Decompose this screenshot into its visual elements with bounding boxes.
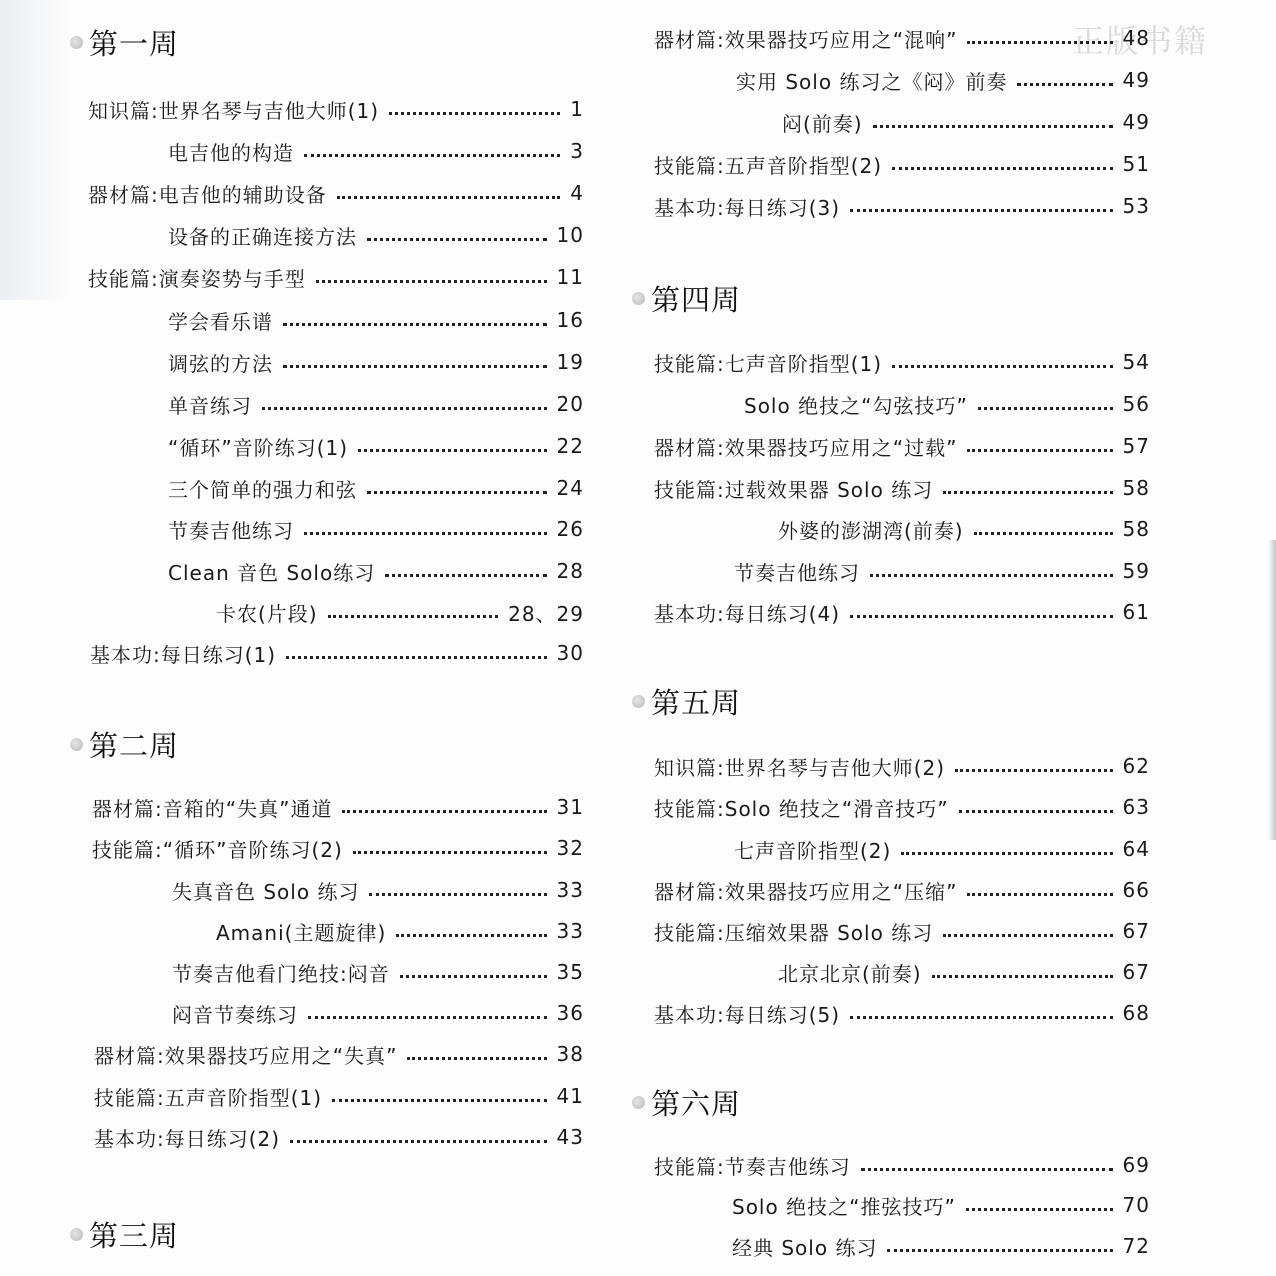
entry-page-number: 31	[557, 795, 584, 819]
entry-page-number: 33	[557, 878, 584, 902]
dot-leader	[967, 41, 1112, 44]
entry-title: 闷音节奏练习	[172, 999, 298, 1028]
entry-title: 学会看乐谱	[168, 306, 273, 335]
entry-category: 技能篇:	[654, 474, 725, 503]
toc-entry[interactable]: Solo 绝技之“推弦技巧”70	[732, 1190, 1150, 1220]
entry-title: 失真音色 Solo 练习	[172, 876, 359, 905]
toc-entry[interactable]: 技能篇:压缩效果器 Solo 练习67	[654, 916, 1150, 946]
toc-entry[interactable]: 器材篇:电吉他的辅助设备4	[88, 178, 584, 208]
entry-page-number: 66	[1123, 878, 1150, 902]
entry-page-number: 26	[557, 517, 584, 541]
dot-leader	[304, 532, 547, 535]
entry-page-number: 63	[1123, 795, 1150, 819]
entry-category: 知识篇:	[654, 752, 725, 781]
toc-entry[interactable]: 技能篇:五声音阶指型(2)51	[654, 149, 1150, 179]
toc-entry[interactable]: 知识篇:世界名琴与吉他大师(2)62	[654, 751, 1150, 781]
entry-category: 技能篇:	[654, 150, 725, 179]
toc-entry[interactable]: 外婆的澎湖湾(前奏)58	[778, 514, 1150, 544]
toc-entry[interactable]: 节奏吉他看门绝技:闷音35	[172, 957, 584, 987]
toc-entry[interactable]: 经典 Solo 练习72	[732, 1231, 1150, 1261]
entry-category: 基本功:	[654, 999, 725, 1028]
toc-entry[interactable]: 基本功:每日练习(4)61	[654, 597, 1150, 627]
entry-page-number: 54	[1123, 350, 1150, 374]
entry-page-number: 10	[557, 223, 584, 247]
entry-page-number: 58	[1123, 517, 1150, 541]
dot-leader	[328, 615, 498, 618]
toc-entry[interactable]: 节奏吉他练习26	[168, 514, 584, 544]
dot-leader	[316, 280, 547, 283]
entry-title: Clean 音色 Solo练习	[168, 557, 375, 586]
dot-leader	[943, 934, 1112, 937]
bullet-icon	[70, 1228, 83, 1241]
toc-entry[interactable]: 闷(前奏)49	[782, 107, 1150, 137]
entry-title: 外婆的澎湖湾(前奏)	[778, 515, 964, 544]
toc-entry[interactable]: Solo 绝技之“勾弦技巧”56	[744, 389, 1150, 419]
entry-title: 演奏姿势与手型	[159, 263, 306, 292]
entry-title: 节奏吉他练习	[734, 557, 860, 586]
dot-leader	[850, 1016, 1112, 1019]
dot-leader	[308, 1016, 547, 1019]
entry-title: 世界名琴与吉他大师(2)	[725, 752, 945, 781]
dot-leader	[873, 125, 1113, 128]
entry-category: 基本功:	[654, 598, 725, 627]
entry-category: 知识篇:	[88, 95, 159, 124]
entry-category: 技能篇:	[654, 917, 725, 946]
entry-category: 器材篇:	[92, 793, 163, 822]
dot-leader	[262, 407, 547, 410]
dot-leader	[337, 196, 561, 199]
entry-page-number: 56	[1123, 392, 1150, 416]
entry-page-number: 16	[557, 308, 584, 332]
entry-page-number: 19	[557, 350, 584, 374]
entry-title: 北京北京(前奏)	[778, 958, 922, 987]
entry-page-number: 68	[1123, 1001, 1150, 1025]
dot-leader	[974, 532, 1113, 535]
entry-title: 每日练习(1)	[161, 639, 276, 668]
toc-entry[interactable]: 基本功:每日练习(5)68	[654, 998, 1150, 1028]
entry-page-number: 4	[570, 181, 584, 205]
dot-leader	[283, 323, 547, 326]
entry-title: Solo 绝技之“滑音技巧”	[725, 793, 949, 822]
entry-category: 技能篇:	[94, 1082, 165, 1111]
entry-title: 每日练习(4)	[725, 598, 840, 627]
entry-category: 基本功:	[654, 192, 725, 221]
entry-page-number: 64	[1123, 837, 1150, 861]
entry-page-number: 30	[557, 641, 584, 665]
entry-page-number: 32	[557, 836, 584, 860]
entry-title: 七声音阶指型(1)	[725, 348, 882, 377]
entry-title: 效果器技巧应用之“过载”	[725, 432, 958, 461]
toc-entry[interactable]: 知识篇:世界名琴与吉他大师(1)1	[88, 94, 584, 124]
entry-page-number: 67	[1123, 919, 1150, 943]
dot-leader	[870, 574, 1113, 577]
dot-leader	[367, 491, 547, 494]
dot-leader	[943, 491, 1112, 494]
dot-leader	[966, 1208, 1113, 1211]
entry-page-number: 1	[570, 97, 584, 121]
week-title: 第二周	[89, 724, 179, 765]
page-binding-shadow	[1268, 540, 1276, 840]
toc-entry[interactable]: 器材篇:效果器技巧应用之“失真”38	[94, 1039, 584, 1069]
entry-category: 基本功:	[94, 1123, 165, 1152]
entry-page-number: 69	[1123, 1153, 1150, 1177]
entry-page-number: 20	[557, 392, 584, 416]
dot-leader	[955, 769, 1112, 772]
entry-title: Amani(主题旋律)	[216, 917, 386, 946]
toc-entry[interactable]: 器材篇:效果器技巧应用之“混响”48	[654, 23, 1150, 53]
entry-page-number: 36	[557, 1001, 584, 1025]
entry-category: 基本功:	[90, 639, 161, 668]
dot-leader	[967, 449, 1112, 452]
entry-title: 节奏吉他看门绝技:闷音	[172, 958, 390, 987]
entry-title: 五声音阶指型(2)	[725, 150, 882, 179]
bullet-icon	[632, 695, 645, 708]
entry-page-number: 49	[1123, 110, 1150, 134]
toc-entry[interactable]: Amani(主题旋律)33	[216, 916, 584, 946]
entry-title: Solo 绝技之“推弦技巧”	[732, 1191, 956, 1220]
entry-title: 电吉他的辅助设备	[159, 179, 327, 208]
week-title: 第六周	[651, 1082, 741, 1123]
week-heading: 第三周	[70, 1214, 179, 1255]
entry-title: “循环”音阶练习(2)	[163, 834, 343, 863]
entry-title: 音箱的“失真”通道	[163, 793, 333, 822]
toc-entry[interactable]: 技能篇:演奏姿势与手型11	[88, 262, 584, 292]
dot-leader	[396, 934, 546, 937]
entry-category: 器材篇:	[88, 179, 159, 208]
dot-leader	[932, 975, 1113, 978]
dot-leader	[861, 1168, 1113, 1171]
entry-page-number: 59	[1123, 559, 1150, 583]
entry-page-number: 33	[557, 919, 584, 943]
entry-page-number: 48	[1123, 26, 1150, 50]
toc-entry[interactable]: 单音练习20	[168, 389, 584, 419]
entry-title: 七声音阶指型(2)	[734, 835, 891, 864]
entry-page-number: 57	[1123, 434, 1150, 458]
entry-page-number: 72	[1123, 1234, 1150, 1258]
entry-title: 单音练习	[168, 390, 252, 419]
week-title: 第三周	[89, 1214, 179, 1255]
dot-leader	[400, 975, 547, 978]
entry-category: 技能篇:	[654, 348, 725, 377]
week-heading: 第四周	[632, 278, 741, 319]
entry-title: 三个简单的强力和弦	[168, 474, 357, 503]
toc-entry[interactable]: 失真音色 Solo 练习33	[172, 875, 584, 905]
week-title: 第四周	[651, 278, 741, 319]
toc-entry[interactable]: Clean 音色 Solo练习28	[168, 556, 584, 586]
week-heading: 第五周	[632, 681, 741, 722]
toc-entry[interactable]: 技能篇:Solo 绝技之“滑音技巧”63	[654, 792, 1150, 822]
entry-page-number: 61	[1123, 600, 1150, 624]
bullet-icon	[632, 1096, 645, 1109]
dot-leader	[369, 893, 546, 896]
entry-title: 卡农(片段)	[216, 598, 318, 627]
dot-leader	[290, 1140, 546, 1143]
dot-leader	[353, 851, 547, 854]
toc-entry[interactable]: 节奏吉他练习59	[734, 556, 1150, 586]
entry-page-number: 22	[557, 434, 584, 458]
dot-leader	[850, 615, 1112, 618]
toc-entry[interactable]: 基本功:每日练习(1)30	[90, 638, 584, 668]
entry-title: 五声音阶指型(1)	[165, 1082, 322, 1111]
dot-leader	[283, 365, 547, 368]
week-heading: 第一周	[70, 22, 179, 63]
entry-title: 实用 Solo 练习之《闷》前奏	[736, 66, 1007, 95]
entry-title: 效果器技巧应用之“混响”	[725, 24, 958, 53]
entry-category: 器材篇:	[654, 876, 725, 905]
dot-leader	[389, 112, 560, 115]
entry-category: 器材篇:	[94, 1040, 165, 1069]
entry-page-number: 24	[557, 476, 584, 500]
entry-category: 器材篇:	[654, 432, 725, 461]
dot-leader	[892, 365, 1112, 368]
entry-category: 技能篇:	[92, 834, 163, 863]
toc-entry[interactable]: 电吉他的构造3	[168, 136, 584, 166]
toc-entry[interactable]: 基本功:每日练习(2)43	[94, 1122, 584, 1152]
entry-title: “循环”音阶练习(1)	[168, 432, 348, 461]
entry-page-number: 3	[570, 139, 584, 163]
toc-entry[interactable]: 调弦的方法19	[168, 347, 584, 377]
entry-category: 技能篇:	[654, 793, 725, 822]
dot-leader	[407, 1057, 546, 1060]
entry-page-number: 28、29	[508, 598, 584, 627]
bullet-icon	[632, 292, 645, 305]
entry-title: 压缩效果器 Solo 练习	[725, 917, 933, 946]
entry-title: Solo 绝技之“勾弦技巧”	[744, 390, 968, 419]
entry-title: 每日练习(5)	[725, 999, 840, 1028]
entry-page-number: 43	[557, 1125, 584, 1149]
entry-page-number: 70	[1123, 1193, 1150, 1217]
entry-title: 节奏吉他练习	[168, 515, 294, 544]
entry-category: 技能篇:	[654, 1151, 725, 1180]
toc-entry[interactable]: 器材篇:效果器技巧应用之“压缩”66	[654, 875, 1150, 905]
dot-leader	[967, 893, 1112, 896]
toc-entry[interactable]: 卡农(片段)28、29	[216, 597, 584, 627]
entry-title: 经典 Solo 练习	[732, 1232, 877, 1261]
entry-title: 效果器技巧应用之“压缩”	[725, 876, 958, 905]
dot-leader	[342, 810, 546, 813]
toc-entry[interactable]: 实用 Solo 练习之《闷》前奏49	[736, 65, 1150, 95]
toc-entry[interactable]: 器材篇:效果器技巧应用之“过载”57	[654, 431, 1150, 461]
toc-entry[interactable]: 设备的正确连接方法10	[168, 220, 584, 250]
dot-leader	[385, 574, 546, 577]
entry-title: 每日练习(2)	[165, 1123, 280, 1152]
toc-entry[interactable]: 技能篇:过载效果器 Solo 练习58	[654, 473, 1150, 503]
dot-leader	[367, 238, 547, 241]
entry-title: 过载效果器 Solo 练习	[725, 474, 933, 503]
entry-page-number: 38	[557, 1042, 584, 1066]
entry-title: 闷(前奏)	[782, 108, 863, 137]
week-heading: 第六周	[632, 1082, 741, 1123]
entry-page-number: 41	[557, 1084, 584, 1108]
entry-category: 技能篇:	[88, 263, 159, 292]
toc-entry[interactable]: 技能篇:五声音阶指型(1)41	[94, 1081, 584, 1111]
toc-entry[interactable]: 北京北京(前奏)67	[778, 957, 1150, 987]
entry-page-number: 35	[557, 960, 584, 984]
toc-entry[interactable]: “循环”音阶练习(1)22	[168, 431, 584, 461]
entry-title: 效果器技巧应用之“失真”	[165, 1040, 398, 1069]
toc-page: 正版书籍 第一周知识篇:世界名琴与吉他大师(1)1电吉他的构造3器材篇:电吉他的…	[0, 0, 1276, 1276]
entry-title: 调弦的方法	[168, 348, 273, 377]
entry-title: 每日练习(3)	[725, 192, 840, 221]
toc-entry[interactable]: 技能篇:七声音阶指型(1)54	[654, 347, 1150, 377]
dot-leader	[901, 852, 1112, 855]
dot-leader	[850, 209, 1112, 212]
toc-entry[interactable]: 闷音节奏练习36	[172, 998, 584, 1028]
dot-leader	[892, 167, 1112, 170]
dot-leader	[304, 154, 560, 157]
week-title: 第五周	[651, 681, 741, 722]
toc-entry[interactable]: 基本功:每日练习(3)53	[654, 191, 1150, 221]
bullet-icon	[70, 738, 83, 751]
dot-leader	[978, 407, 1113, 410]
dot-leader	[887, 1249, 1112, 1252]
entry-page-number: 58	[1123, 476, 1150, 500]
week-heading: 第二周	[70, 724, 179, 765]
entry-page-number: 49	[1123, 68, 1150, 92]
dot-leader	[1017, 83, 1112, 86]
entry-page-number: 11	[557, 265, 584, 289]
entry-page-number: 67	[1123, 960, 1150, 984]
entry-page-number: 53	[1123, 194, 1150, 218]
entry-title: 电吉他的构造	[168, 137, 294, 166]
toc-entry[interactable]: 技能篇:“循环”音阶练习(2)32	[92, 833, 584, 863]
week-title: 第一周	[89, 22, 179, 63]
toc-entry[interactable]: 七声音阶指型(2)64	[734, 834, 1150, 864]
toc-entry[interactable]: 器材篇:音箱的“失真”通道31	[92, 792, 584, 822]
entry-title: 世界名琴与吉他大师(1)	[159, 95, 379, 124]
toc-entry[interactable]: 三个简单的强力和弦24	[168, 473, 584, 503]
entry-title: 设备的正确连接方法	[168, 221, 357, 250]
page-edge-shadow	[0, 0, 70, 300]
toc-entry[interactable]: 学会看乐谱16	[168, 305, 584, 335]
dot-leader	[358, 449, 546, 452]
entry-page-number: 28	[557, 559, 584, 583]
bullet-icon	[70, 36, 83, 49]
entry-category: 器材篇:	[654, 24, 725, 53]
dot-leader	[332, 1099, 546, 1102]
entry-page-number: 62	[1123, 754, 1150, 778]
entry-title: 节奏吉他练习	[725, 1151, 851, 1180]
toc-entry[interactable]: 技能篇:节奏吉他练习69	[654, 1150, 1150, 1180]
entry-page-number: 51	[1123, 152, 1150, 176]
dot-leader	[286, 656, 546, 659]
dot-leader	[959, 810, 1113, 813]
